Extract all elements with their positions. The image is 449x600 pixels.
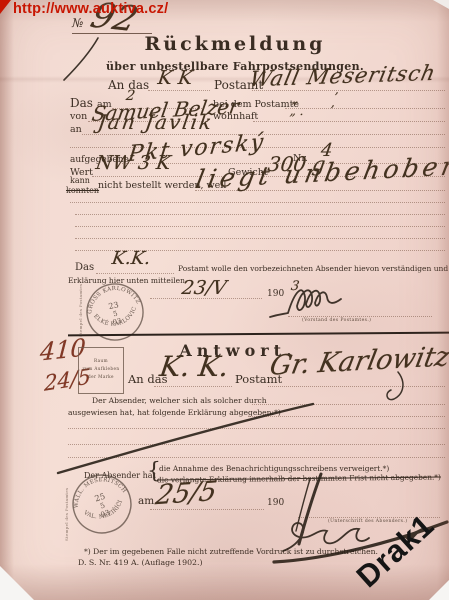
sender-signature-stroke-2 bbox=[296, 479, 310, 531]
ruled-line bbox=[75, 238, 445, 239]
ditto-mark: ’ bbox=[333, 90, 339, 104]
ruled-line bbox=[70, 202, 445, 203]
ruled-line bbox=[154, 386, 232, 387]
scan-corner-bottom-left bbox=[0, 566, 34, 600]
red-wedge-mark bbox=[0, 0, 11, 14]
office-class-handwritten: K K bbox=[156, 67, 194, 89]
antwort-year-printed: 190 bbox=[267, 498, 284, 508]
signature-caption: (Vorstand des Postamtes.) bbox=[302, 318, 371, 323]
stamp1-side-note: Stempel des Postamtes bbox=[78, 284, 83, 337]
ruled-line bbox=[253, 121, 445, 122]
antwort-am-label: am bbox=[138, 495, 154, 507]
ruled-line bbox=[285, 108, 445, 109]
kann-label: kann bbox=[70, 176, 90, 185]
scan-corner-bottom-right bbox=[429, 580, 449, 600]
request-das-label: Das bbox=[75, 262, 94, 273]
number-label: № bbox=[72, 16, 83, 30]
option-refused-delivery: die Annahme des Benachrichtigungsschreib… bbox=[159, 464, 389, 473]
stamp-box-line: zum Aufkleben bbox=[79, 365, 123, 373]
antwort-signature-caption: (Unterschrift des Absenders.) bbox=[328, 519, 407, 524]
stamp-box-line: Raum bbox=[79, 357, 123, 365]
signature-line bbox=[288, 316, 432, 317]
postmark-gross-karlowitz: GROSS KARLOWITZ VELKÉ KARLOVICE 23 5 03 bbox=[78, 275, 152, 349]
request-text-line1: Postamt wolle den vorbezeichneten Absend… bbox=[178, 264, 449, 273]
an-label: an bbox=[70, 124, 82, 135]
value-handwritten: NW 3 K bbox=[94, 152, 172, 174]
stamp2-side-note: Stempel des Postamtes bbox=[64, 488, 69, 541]
sender-signature-stroke-1 bbox=[299, 474, 321, 544]
ruled-line bbox=[268, 386, 445, 387]
request-kk-handwritten: K.K. bbox=[111, 248, 152, 269]
ruled-line bbox=[96, 273, 174, 274]
ditto-mark: „ . bbox=[289, 104, 305, 118]
addressee-name-handwritten: Jan Javlik bbox=[96, 110, 215, 134]
report-date-handwritten: 23/V bbox=[180, 277, 227, 299]
ditto-mark: ’ bbox=[329, 103, 335, 117]
form-number: D. S. Nr. 419 A. (Auflage 1902.) bbox=[78, 558, 203, 567]
stamp-placement-box: Raum zum Aufkleben der Marke bbox=[78, 347, 124, 394]
year-digit-handwritten: 3 bbox=[290, 279, 300, 294]
ruled-line bbox=[68, 444, 445, 445]
antwort-date-handwritten: 25/5 bbox=[153, 476, 219, 512]
form-title: Rückmeldung bbox=[110, 33, 360, 55]
number-flourish-stroke bbox=[64, 38, 98, 80]
stamp-box-line: der Marke bbox=[79, 373, 123, 381]
ruled-line bbox=[148, 90, 210, 91]
ruled-line bbox=[68, 428, 445, 429]
ruled-line bbox=[248, 416, 445, 417]
antwort-kk-handwritten: K. K. bbox=[158, 350, 231, 383]
von-label: von bbox=[70, 111, 87, 122]
auction-url-watermark: http://www.auktiva.cz/ bbox=[13, 1, 168, 17]
ruled-line bbox=[75, 214, 445, 215]
scanned-postal-form: http://www.auktiva.cz/ № 92 Rückmeldung … bbox=[0, 0, 449, 600]
konnten-label-struck: konnten bbox=[66, 186, 99, 195]
scan-corner-top-right bbox=[433, 0, 449, 9]
ruled-line bbox=[75, 226, 445, 227]
ruled-line bbox=[68, 457, 445, 458]
das-label: Das bbox=[70, 96, 93, 110]
antwort-paragraph-1: Der Absender, welcher sich als solcher d… bbox=[92, 396, 267, 405]
year-printed: 190 bbox=[267, 289, 284, 299]
footnote-text: *) Der im gegebenen Falle nicht zutreffe… bbox=[84, 547, 378, 556]
wohnhaft-label: wohnhaft bbox=[213, 111, 258, 122]
ruled-line bbox=[252, 404, 445, 405]
